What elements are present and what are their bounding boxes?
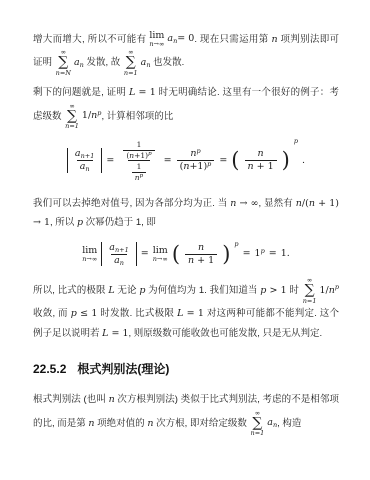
text-run: 项绝对值的: [95, 418, 148, 429]
equals-sign: =: [106, 155, 114, 166]
lim-operator: limn→∞: [82, 246, 97, 263]
summation: ∞∑n=1an: [250, 410, 278, 437]
fraction: an+1an: [72, 148, 97, 173]
text-run: , 计算相邻项的比: [101, 111, 173, 122]
text-run: 为何值均为 1. 我们知道当: [145, 285, 260, 296]
right-paren: ): [282, 154, 290, 167]
limit-expression: limn→∞an = 0: [149, 31, 194, 48]
fraction: an+1an: [106, 242, 131, 267]
math-text: → ∞: [236, 198, 258, 209]
math-text: = 1: [135, 87, 156, 98]
sum-body: an: [74, 58, 84, 68]
fraction: nn + 1: [245, 148, 277, 173]
paragraph-3: 我们可以去掉绝对值号, 因为各部分均为正. 当 n → ∞, 显然有 n/(n …: [33, 194, 339, 233]
left-paren: (: [172, 248, 180, 261]
fraction: 1(n+1)p: [123, 140, 154, 161]
text-run: 剩下的问题就是, 证明: [33, 87, 129, 98]
equals-sign: =: [269, 248, 277, 259]
equals-sign: =: [164, 155, 172, 166]
section-title: 根式判别法(理论): [77, 362, 169, 376]
equals-sign: =: [219, 155, 227, 166]
left-paren: (: [231, 154, 239, 167]
text-run: 增大而增大, 所以不可能有: [33, 34, 149, 45]
text-run: 时发散. 比式极限: [97, 308, 177, 319]
document-page: 增大而增大, 所以不可能有 limn→∞an = 0. 现在只需运用第 n 项判…: [0, 0, 370, 437]
text-run: , 所以: [50, 217, 77, 228]
text-run: , 显然有: [259, 198, 296, 209]
text-run: 根式判别法 (也叫: [33, 394, 109, 405]
summation: ∞∑n=1an: [123, 49, 151, 76]
absolute-value: an+1an: [67, 148, 102, 173]
sum-body: 1/np: [82, 111, 102, 121]
equals-sign: =: [243, 248, 251, 259]
paragraph-1: 增大而增大, 所以不可能有 limn→∞an = 0. 现在只需运用第 n 项判…: [33, 30, 339, 76]
section-number: 22.5.2: [33, 362, 66, 376]
math-text: /(: [302, 198, 309, 209]
text-run: 无论: [115, 285, 140, 296]
section-heading: 22.5.2根式判别法(理论): [33, 360, 339, 377]
text-run: 次方根, 即对给定级数: [153, 418, 249, 429]
math-text: = 1: [108, 328, 128, 339]
text-run: 收敛, 而: [33, 308, 71, 319]
fraction: 1np: [132, 162, 146, 183]
summation: ∞∑n=11/np: [302, 277, 339, 304]
fraction: nn + 1: [185, 242, 217, 267]
math-text: 1.: [281, 248, 290, 259]
paragraph-4: 所以, 比式的极限 L 无论 p 为何值均为 1. 我们知道当 p > 1 时 …: [33, 277, 339, 343]
text-run: 发散, 故: [84, 57, 123, 68]
math-text: ≤ 1: [77, 308, 98, 319]
math-text: = 1: [183, 308, 204, 319]
sigma-symbol: ∞∑n=1: [303, 277, 317, 304]
display-formula-ratio: an+1an = 1(n+1)p1np = np(n+1)p = (nn + 1…: [33, 139, 339, 183]
paragraph-5: 根式判别法 (也叫 n 次方根判别法) 类似于比式判别法, 考虑的不是相邻项的比…: [33, 390, 339, 436]
sigma-symbol: ∞∑n=N: [56, 49, 71, 76]
sigma-symbol: ∞∑n=1: [124, 49, 138, 76]
summation: ∞∑n=Nan: [55, 49, 84, 76]
text-run: . 现在只需运用第: [194, 34, 271, 45]
text-run: 所以, 比式的极限: [33, 285, 108, 296]
text-run: 时: [287, 285, 302, 296]
compound-fraction: 1(n+1)p1np: [119, 139, 158, 183]
period: .: [302, 155, 305, 166]
lim-operator: limn→∞: [149, 31, 164, 48]
math-text: 1p: [255, 248, 265, 259]
right-paren: ): [222, 248, 230, 261]
text-run: 也发散.: [151, 57, 185, 68]
lim-operator: limn→∞: [153, 246, 168, 263]
absolute-value: an+1an: [101, 242, 136, 267]
equals-sign: =: [141, 248, 149, 259]
fraction: np(n+1)p: [177, 148, 215, 173]
math-text: = 0: [177, 34, 194, 44]
display-formula-limit: limn→∞ an+1an = limn→∞ (nn + 1)p = 1p = …: [33, 242, 339, 267]
text-run: , 构造: [277, 418, 301, 429]
text-run: 我们可以去掉绝对值号, 因为各部分均为正. 当: [33, 198, 230, 209]
sum-body: an: [267, 418, 277, 428]
sigma-symbol: ∞∑n=1: [65, 103, 79, 130]
sigma-symbol: ∞∑n=1: [251, 410, 265, 437]
sum-body: an: [141, 58, 151, 68]
sum-body: 1/np: [319, 286, 339, 296]
summation: ∞∑n=11/np: [64, 103, 101, 130]
paragraph-2: 剩下的问题就是, 证明 L = 1 时无明确结论. 这里有一个很好的例子：考虑级…: [33, 83, 339, 129]
math-text: > 1: [266, 285, 286, 296]
text-run: , 则原级数可能收敛也可能发散, 只是无从判定.: [129, 328, 323, 339]
text-run: 次幂仍趋于 1, 即: [83, 217, 156, 228]
